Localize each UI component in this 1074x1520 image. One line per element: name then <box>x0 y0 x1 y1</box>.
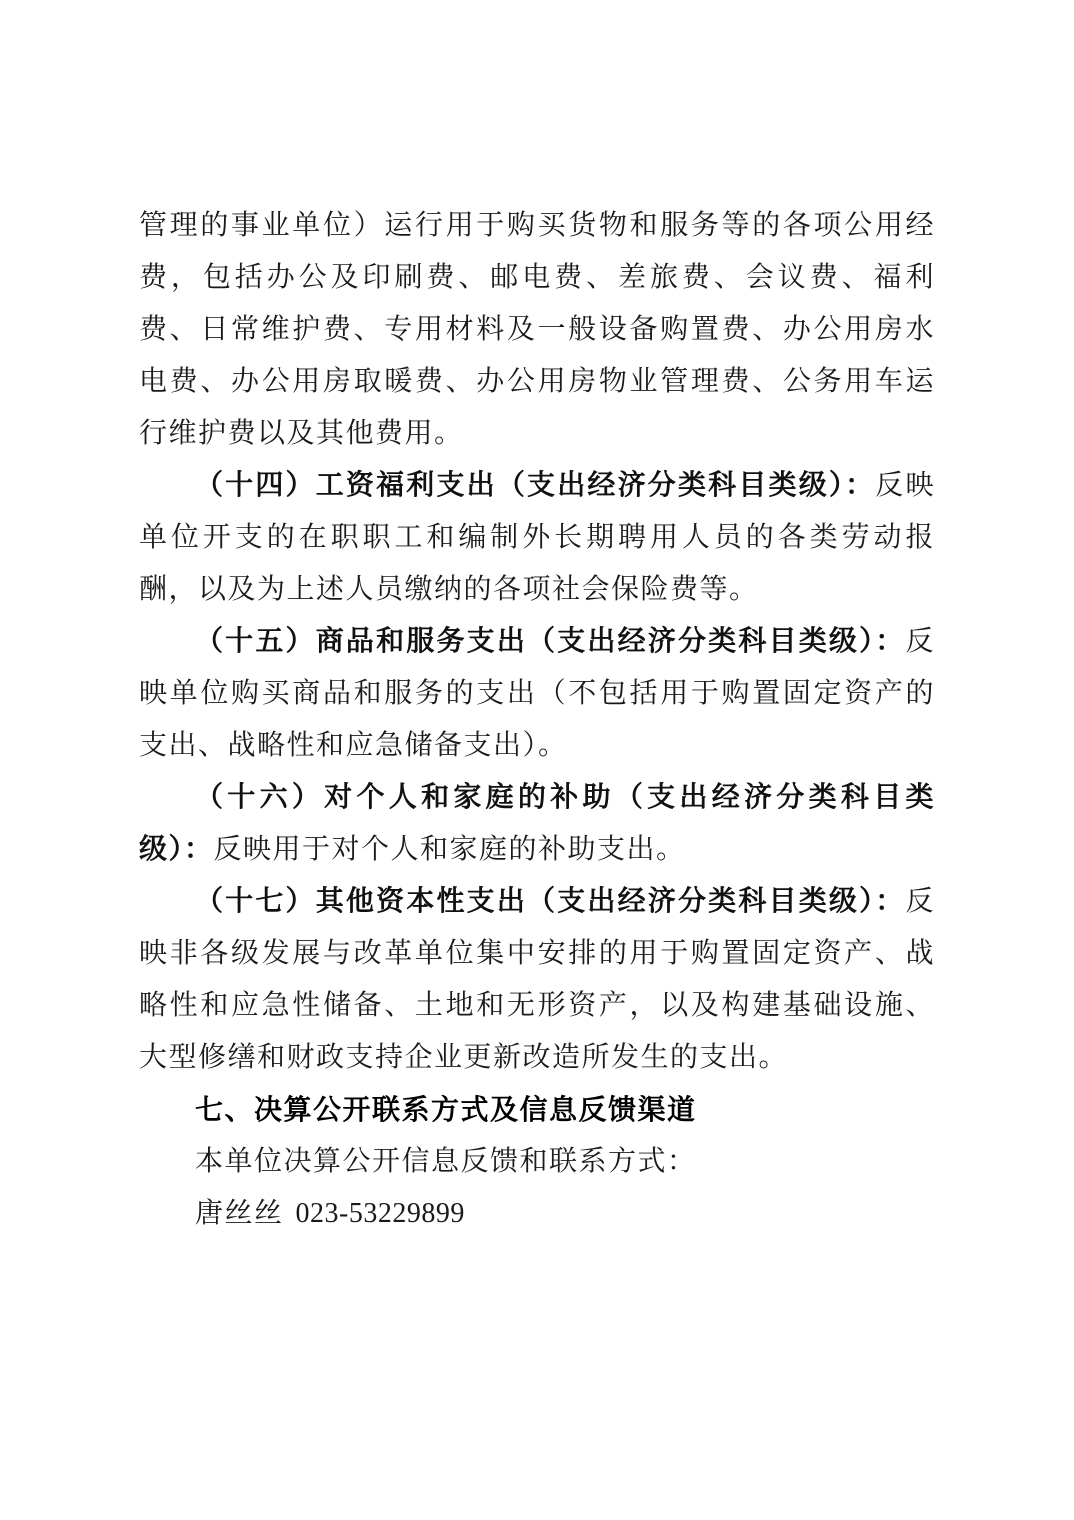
contact-line: 唐丝丝023-53229899 <box>139 1188 935 1240</box>
paragraph-item-17: （十七）其他资本性支出（支出经济分类科目类级）：反映非各级发展与改革单位集中安排… <box>139 876 935 1084</box>
item-15-lead: （十五）商品和服务支出（支出经济分类科目类级）： <box>195 626 905 657</box>
document-body: 管理的事业单位）运行用于购买货物和服务等的各项公用经费，包括办公及印刷费、邮电费… <box>139 200 935 1240</box>
paragraph-item-15: （十五）商品和服务支出（支出经济分类科目类级）：反映单位购买商品和服务的支出（不… <box>139 616 935 772</box>
paragraph-continuation: 管理的事业单位）运行用于购买货物和服务等的各项公用经费，包括办公及印刷费、邮电费… <box>139 200 935 460</box>
paragraph-item-16: （十六）对个人和家庭的补助（支出经济分类科目类级）：反映用于对个人和家庭的补助支… <box>139 772 935 876</box>
contact-intro: 本单位决算公开信息反馈和联系方式： <box>139 1136 935 1188</box>
document-page: 管理的事业单位）运行用于购买货物和服务等的各项公用经费，包括办公及印刷费、邮电费… <box>0 0 1074 1520</box>
paragraph-item-14: （十四）工资福利支出（支出经济分类科目类级）：反映单位开支的在职职工和编制外长期… <box>139 460 935 616</box>
contact-phone: 023-53229899 <box>296 1198 465 1229</box>
item-16-body: 反映用于对个人和家庭的补助支出。 <box>214 834 686 865</box>
section-heading: 七、决算公开联系方式及信息反馈渠道 <box>139 1084 935 1136</box>
contact-name: 唐丝丝 <box>195 1198 284 1229</box>
item-17-lead: （十七）其他资本性支出（支出经济分类科目类级）： <box>195 886 905 917</box>
item-14-lead: （十四）工资福利支出（支出经济分类科目类级）： <box>195 470 875 501</box>
